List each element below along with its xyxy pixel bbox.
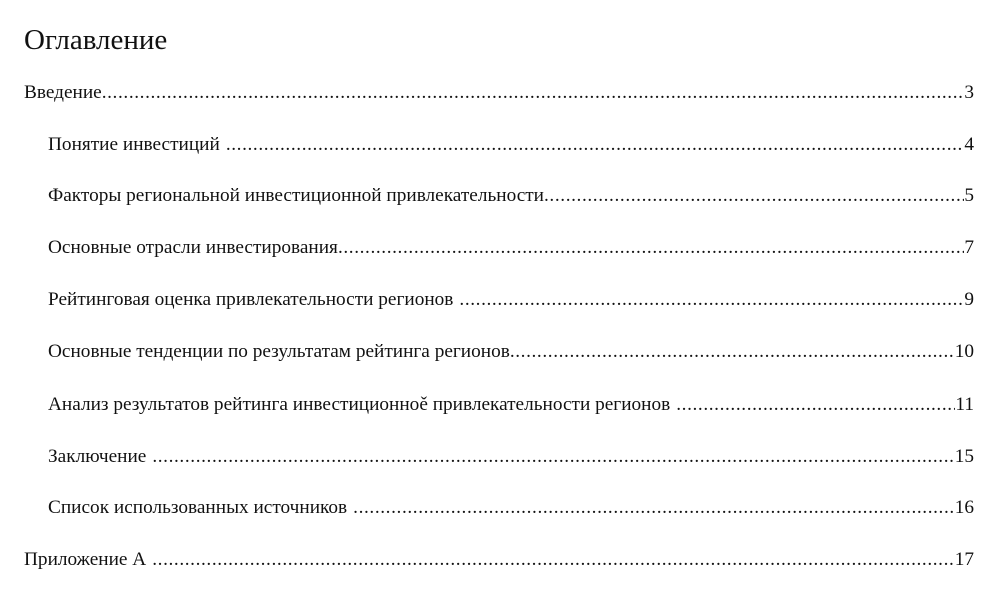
dot-leader: ........................................… (459, 287, 964, 313)
dot-leader: ........................................… (544, 183, 964, 209)
dot-leader: ........................................… (338, 235, 964, 261)
toc-entry-label: Основные отрасли инвестирования (48, 235, 338, 261)
toc-entry-page: 4 (964, 132, 974, 158)
toc-entry-label: Основные тенденции по результатам рейтин… (48, 339, 510, 365)
toc-entry-label: Факторы региональной инвестиционной прив… (48, 183, 544, 209)
dot-leader: ........................................… (676, 392, 955, 418)
toc-entry-label: Введение (24, 80, 102, 106)
toc-entry-page: 15 (955, 444, 974, 470)
toc-entry-page: 5 (964, 183, 974, 209)
toc-entry-appendix-a[interactable]: Приложение А ...........................… (24, 547, 974, 573)
toc-entry-main-trends[interactable]: Основные тенденции по результатам рейтин… (48, 339, 974, 365)
dot-leader: ........................................… (152, 547, 954, 573)
toc-entry-regional-factors[interactable]: Факторы региональной инвестиционной прив… (48, 183, 974, 209)
toc-entry-label: Анализ результатов рейтинга инвестиционн… (48, 392, 670, 418)
toc-entry-page: 7 (964, 235, 974, 261)
toc-entry-label: Рейтинговая оценка привлекательности рег… (48, 287, 453, 313)
toc-entry-label: Приложение А (24, 547, 146, 573)
toc-entry-results-analysis[interactable]: Анализ результатов рейтинга инвестиционн… (48, 392, 974, 418)
toc-entry-main-industries[interactable]: Основные отрасли инвестирования ........… (48, 235, 974, 261)
toc-entry-references[interactable]: Список использованных источников .......… (48, 495, 974, 521)
toc-entry-page: 17 (955, 547, 974, 573)
toc-entry-conclusion[interactable]: Заключение .............................… (48, 444, 974, 470)
toc-entry-investment-concept[interactable]: Понятие инвестиций .....................… (48, 132, 974, 158)
toc-entry-label: Понятие инвестиций (48, 132, 220, 158)
toc-entry-rating-assessment[interactable]: Рейтинговая оценка привлекательности рег… (48, 287, 974, 313)
toc-entry-page: 16 (955, 495, 974, 521)
toc-entry-page: 3 (964, 80, 974, 106)
dot-leader: ........................................… (353, 495, 955, 521)
dot-leader: ........................................… (152, 444, 954, 470)
toc-entry-page: 9 (964, 287, 974, 313)
dot-leader: ........................................… (102, 80, 965, 106)
toc-entry-introduction[interactable]: Введение ...............................… (24, 80, 974, 106)
toc-entry-page: 11 (955, 392, 974, 418)
toc-title: Оглавление (24, 22, 167, 58)
dot-leader: ........................................… (226, 132, 965, 158)
dot-leader: ........................................… (510, 339, 955, 365)
toc-entry-page: 10 (955, 339, 974, 365)
toc-entry-label: Список использованных источников (48, 495, 347, 521)
toc-entry-label: Заключение (48, 444, 146, 470)
